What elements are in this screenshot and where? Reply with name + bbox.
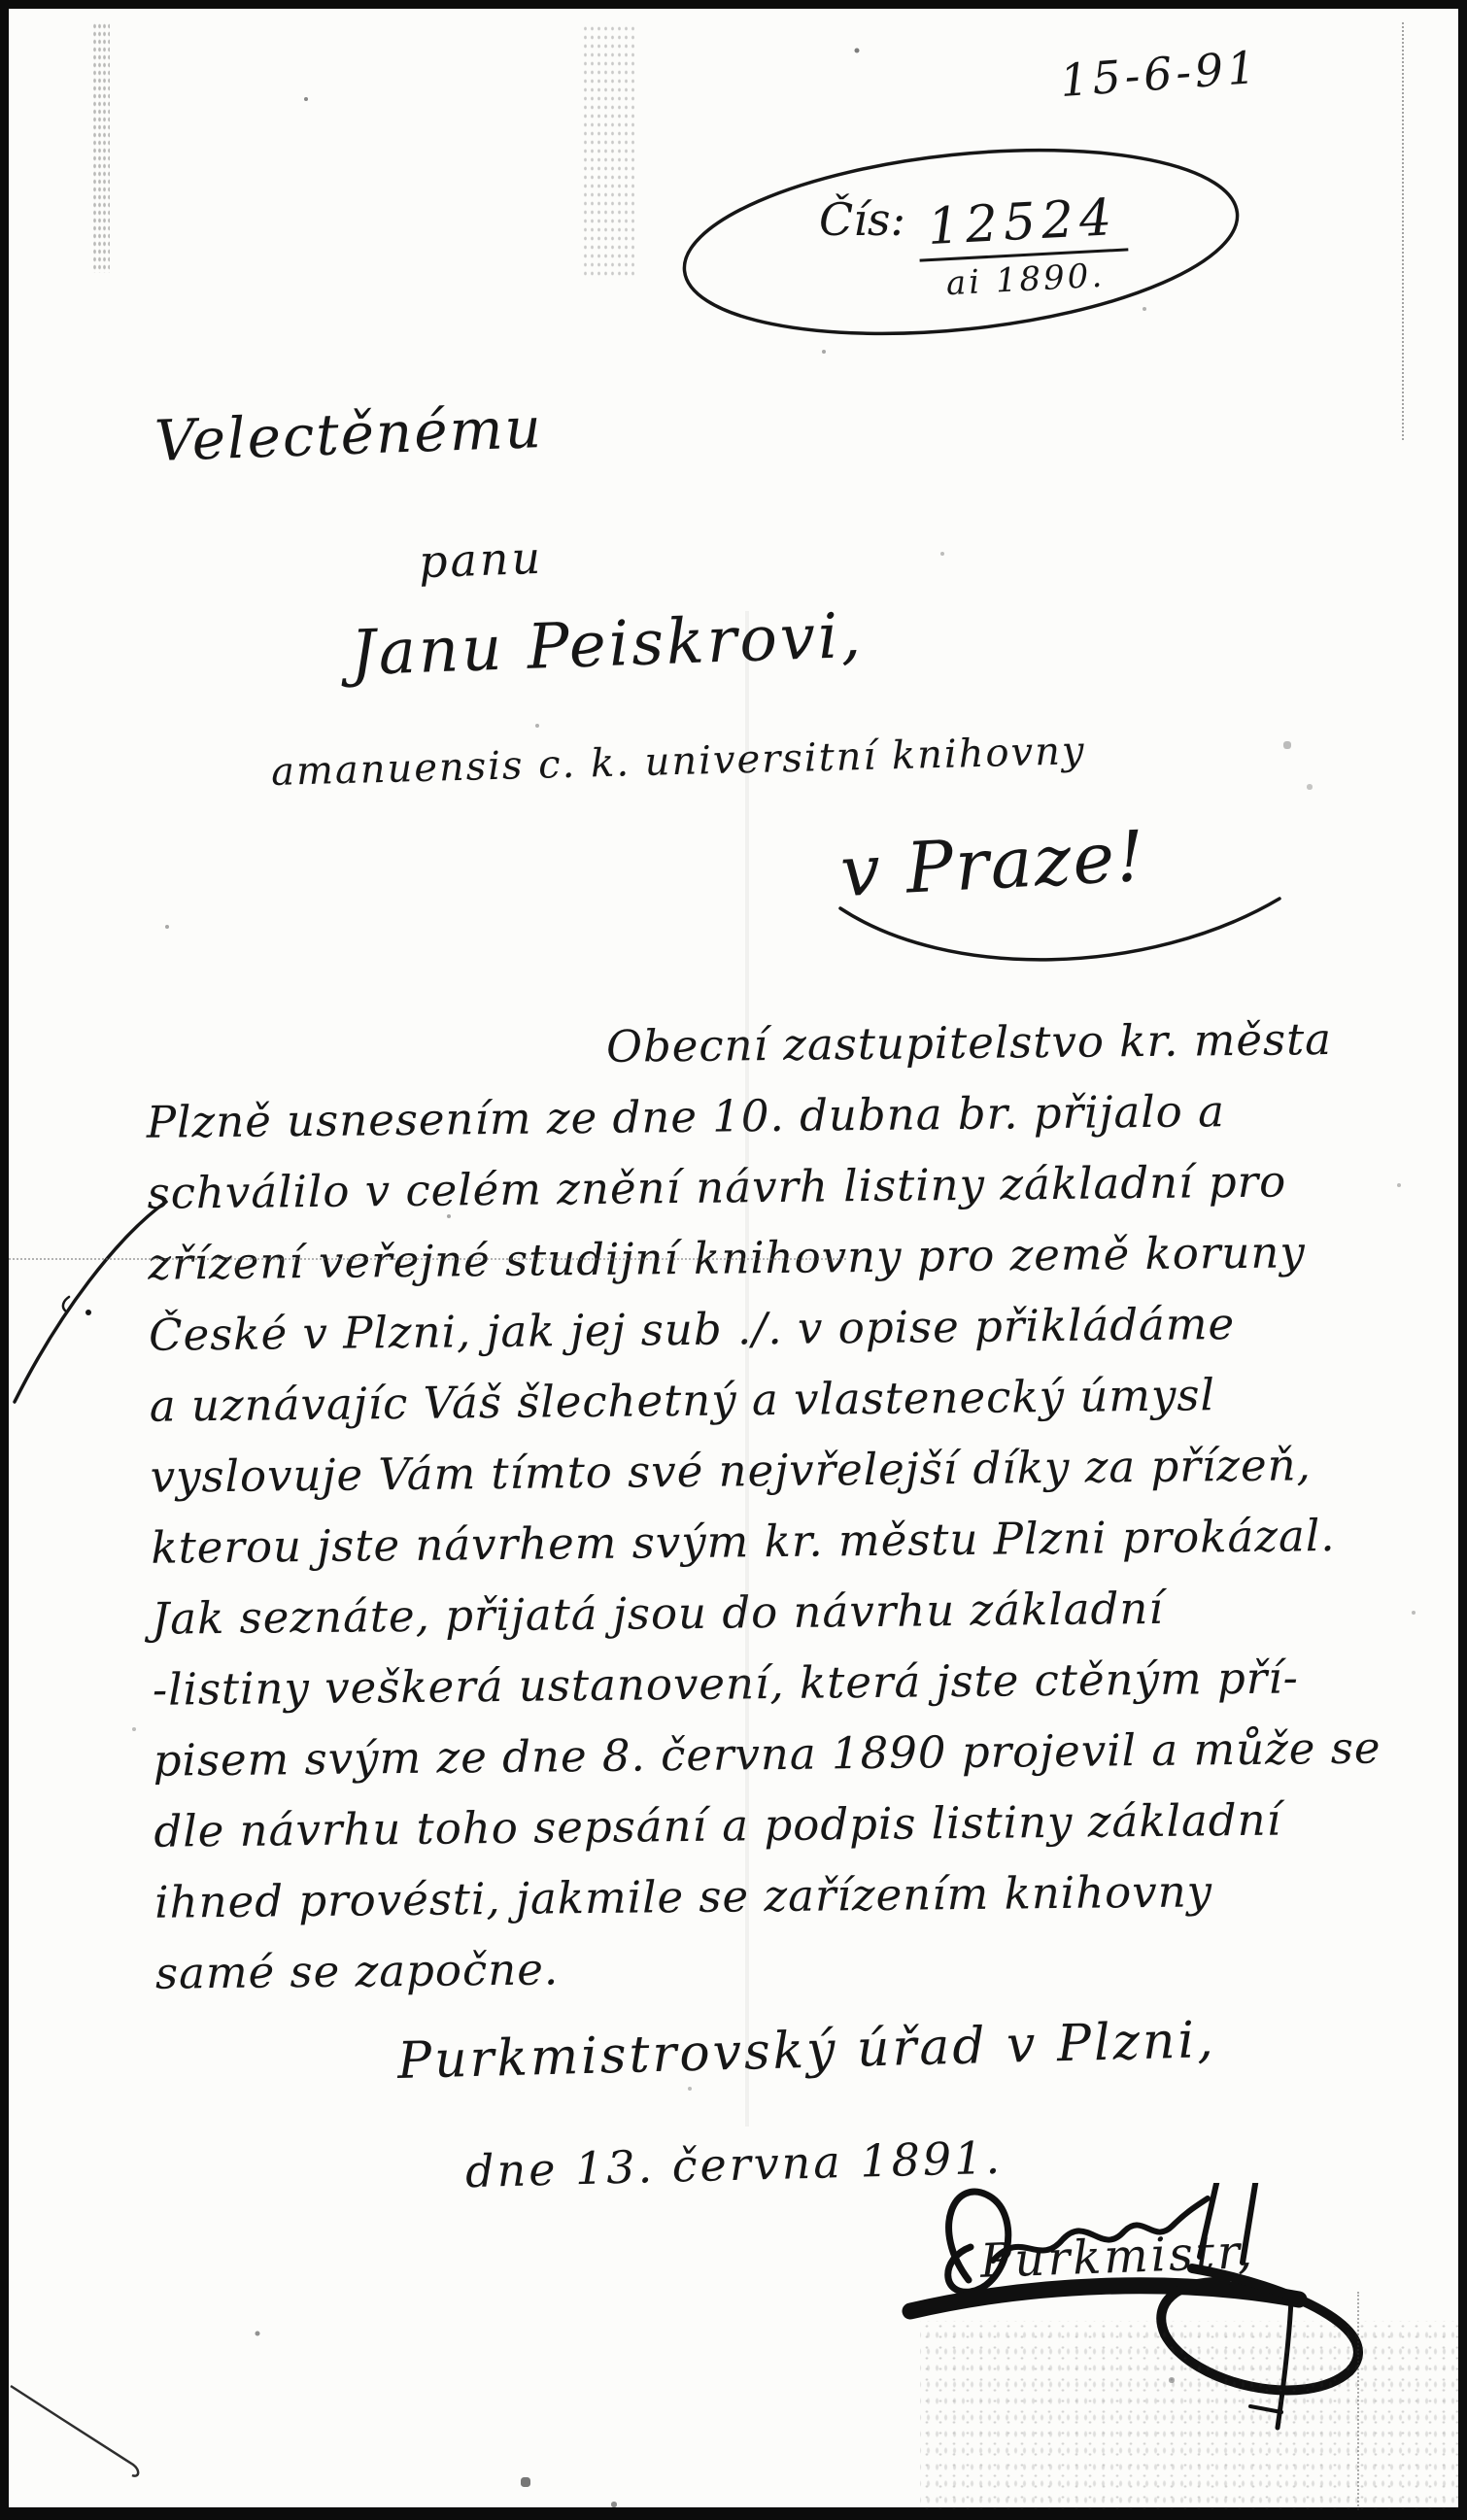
body-line: dle návrhu toho sepsání a podpis listiny… <box>154 1783 1408 1867</box>
reference-number: 12524 <box>916 187 1129 261</box>
vertical-fold-crease <box>745 611 749 2127</box>
recipient-title: amanuensis c. k. universitní knihovny <box>271 729 1087 795</box>
scan-noise-band <box>92 22 110 273</box>
body-line: České v Plzni, jak jej sub ./. v opise p… <box>149 1286 1403 1371</box>
body-line: ihned provésti, jakmile se zařízením kni… <box>154 1854 1409 1938</box>
body-line: schválilo v celém znění návrh listiny zá… <box>147 1144 1401 1229</box>
scan-edge-noise <box>1402 22 1404 440</box>
scanned-letter-page: 15-6-91 Čís: 12524 ai 1890. Velectěnému … <box>0 0 1467 2520</box>
body-line: -listiny veškerá ustanovení, která jste … <box>153 1641 1407 1725</box>
scratch-line-artifact <box>9 2365 164 2486</box>
recipient-name: Janu Peiskrovi, <box>350 600 865 690</box>
paper-speckles <box>9 9 11 11</box>
closing-office-line: Purkmistrovský úřad v Plzni, <box>396 2011 1216 2091</box>
body-line: Plzně usnesením ze dne 10. dubna br. při… <box>146 1073 1400 1158</box>
attachment-reference-mark-icon <box>9 1196 179 1410</box>
reference-fraction: 12524 ai 1890. <box>916 187 1131 304</box>
scan-noise-band <box>582 24 636 279</box>
horizontal-fold-crease <box>9 1258 846 1260</box>
body-line: kterou jste návrhem svým kr. městu Plzni… <box>151 1499 1405 1584</box>
reference-year: ai 1890. <box>945 253 1106 303</box>
body-line: Jak seznáte, přijatá jsou do návrhu zákl… <box>152 1570 1406 1654</box>
underline-flourish-icon <box>823 891 1299 988</box>
scan-noise-region <box>920 2321 1460 2513</box>
salutation-line-1: Velectěnému <box>154 394 544 474</box>
salutation-line-2: panu <box>418 531 544 588</box>
received-date-annotation: 15-6-91 <box>1058 41 1261 107</box>
reference-label: Čís: <box>819 193 905 246</box>
reference-number-oval: Čís: 12524 ai 1890. <box>673 133 1248 345</box>
body-line: a uznávajíc Váš šlechetný a vlastenecký … <box>150 1357 1404 1442</box>
body-line: samé se započne. <box>155 1924 1410 2009</box>
body-line: pisem svým ze dne 8. června 1890 projevi… <box>153 1712 1407 1796</box>
body-line: Obecní zastupitelstvo kr. města <box>146 1003 1400 1087</box>
body-line: vyslovuje Vám tímto své nejvřelejší díky… <box>150 1428 1404 1513</box>
letter-body: Obecní zastupitelstvo kr. města Plzně us… <box>146 1003 1410 2008</box>
